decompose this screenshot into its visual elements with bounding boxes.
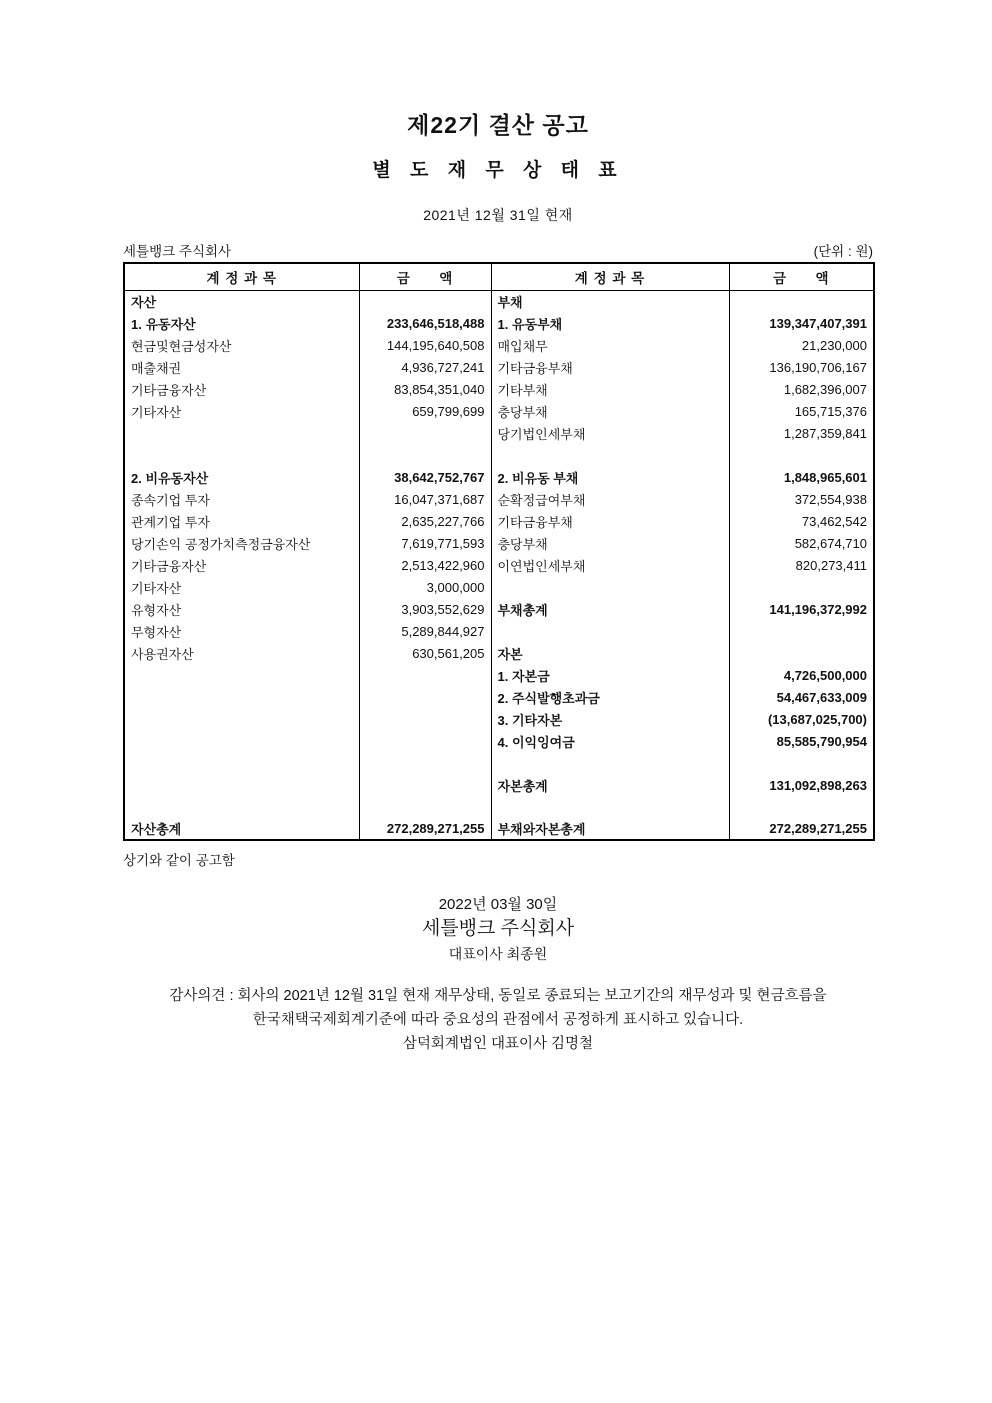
account-cell-right: 이연법인세부채	[491, 554, 729, 576]
table-row: 자본총계131,092,898,263	[124, 774, 874, 796]
amount-cell-left: 272,289,271,255	[359, 818, 491, 840]
table-row: 현금및현금성자산144,195,640,508매입채무21,230,000	[124, 334, 874, 356]
table-row: 3. 기타자본(13,687,025,700)	[124, 708, 874, 730]
closing-note: 상기와 같이 공고함	[123, 854, 873, 868]
statement-subtitle: 별 도 재 무 상 태 표	[123, 161, 873, 181]
amount-cell-right: 141,196,372,992	[729, 598, 874, 620]
table-row	[124, 796, 874, 818]
amount-cell-right: 372,554,938	[729, 488, 874, 510]
table-row: 종속기업 투자16,047,371,687순확정급여부채372,554,938	[124, 488, 874, 510]
audit-opinion: 감사의견 : 회사의 2021년 12월 31일 현재 재무상태, 동일로 종료…	[123, 984, 873, 1056]
account-cell-left	[124, 730, 359, 752]
balance-sheet-table: 계 정 과 목 금 액 계 정 과 목 금 액 자산부채1. 유동자산233,6…	[123, 262, 875, 841]
account-cell-left: 기타금융자산	[124, 378, 359, 400]
table-row: 기타자산659,799,699충당부채165,715,376	[124, 400, 874, 422]
account-cell-left: 당기손익 공정가치측정금융자산	[124, 532, 359, 554]
audit-opinion-line-2: 한국채택국제회계기준에 따라 중요성의 관점에서 공정하게 표시하고 있습니다.	[123, 1008, 873, 1032]
account-cell-left: 사용권자산	[124, 642, 359, 664]
table-row: 관계기업 투자2,635,227,766기타금융부채73,462,542	[124, 510, 874, 532]
table-row: 자산총계272,289,271,255부채와자본총계272,289,271,25…	[124, 818, 874, 840]
table-row: 무형자산5,289,844,927	[124, 620, 874, 642]
amount-cell-left: 4,936,727,241	[359, 356, 491, 378]
amount-cell-left: 3,000,000	[359, 576, 491, 598]
table-row: 2. 주식발행초과금54,467,633,009	[124, 686, 874, 708]
amount-cell-right	[729, 576, 874, 598]
table-meta-row: 세틀뱅크 주식회사 (단위 : 원)	[123, 245, 873, 259]
account-cell-left: 유형자산	[124, 598, 359, 620]
amount-cell-left	[359, 708, 491, 730]
amount-cell-left: 3,903,552,629	[359, 598, 491, 620]
amount-cell-right	[729, 796, 874, 818]
amount-cell-left: 5,289,844,927	[359, 620, 491, 642]
amount-cell-right: 54,467,633,009	[729, 686, 874, 708]
table-row: 당기법인세부채1,287,359,841	[124, 422, 874, 444]
account-cell-left	[124, 422, 359, 444]
amount-cell-left: 83,854,351,040	[359, 378, 491, 400]
document-title: 제22기 결산 공고	[123, 113, 873, 137]
column-header-account-right: 계 정 과 목	[491, 263, 729, 290]
account-cell-left	[124, 686, 359, 708]
amount-cell-left: 7,619,771,593	[359, 532, 491, 554]
header-row: 계 정 과 목 금 액 계 정 과 목 금 액	[124, 263, 874, 290]
account-cell-right	[491, 752, 729, 774]
account-cell-right	[491, 620, 729, 642]
balance-sheet-body: 자산부채1. 유동자산233,646,518,4881. 유동부채139,347…	[124, 290, 874, 840]
account-cell-right: 기타금융부채	[491, 510, 729, 532]
amount-cell-left	[359, 444, 491, 466]
account-cell-right: 순확정급여부채	[491, 488, 729, 510]
account-cell-right: 충당부채	[491, 532, 729, 554]
account-cell-right: 4. 이익잉여금	[491, 730, 729, 752]
table-row	[124, 444, 874, 466]
account-cell-left: 1. 유동자산	[124, 312, 359, 334]
table-row: 유형자산3,903,552,629부채총계141,196,372,992	[124, 598, 874, 620]
amount-cell-right: 820,273,411	[729, 554, 874, 576]
amount-cell-right: (13,687,025,700)	[729, 708, 874, 730]
amount-cell-right: 582,674,710	[729, 532, 874, 554]
column-header-account-left: 계 정 과 목	[124, 263, 359, 290]
table-row: 1. 유동자산233,646,518,4881. 유동부채139,347,407…	[124, 312, 874, 334]
announcement-page: 제22기 결산 공고 별 도 재 무 상 태 표 2021년 12월 31일 현…	[0, 0, 992, 1403]
account-cell-right: 매입채무	[491, 334, 729, 356]
account-cell-right: 기타금융부채	[491, 356, 729, 378]
amount-cell-right	[729, 752, 874, 774]
table-row: 2. 비유동자산38,642,752,7672. 비유동 부채1,848,965…	[124, 466, 874, 488]
amount-cell-right: 272,289,271,255	[729, 818, 874, 840]
account-cell-left: 2. 비유동자산	[124, 466, 359, 488]
amount-cell-left: 659,799,699	[359, 400, 491, 422]
account-cell-right: 3. 기타자본	[491, 708, 729, 730]
account-cell-left	[124, 774, 359, 796]
account-cell-left	[124, 752, 359, 774]
account-cell-right: 2. 주식발행초과금	[491, 686, 729, 708]
table-row: 기타자산3,000,000	[124, 576, 874, 598]
account-cell-right: 자본	[491, 642, 729, 664]
account-cell-right: 1. 자본금	[491, 664, 729, 686]
account-cell-right	[491, 444, 729, 466]
as-of-date: 2021년 12월 31일 현재	[123, 208, 873, 223]
balance-sheet-header: 계 정 과 목 금 액 계 정 과 목 금 액	[124, 263, 874, 290]
account-cell-left: 종속기업 투자	[124, 488, 359, 510]
amount-cell-right	[729, 290, 874, 312]
amount-cell-right: 1,287,359,841	[729, 422, 874, 444]
account-cell-left: 기타자산	[124, 400, 359, 422]
amount-cell-right: 85,585,790,954	[729, 730, 874, 752]
amount-cell-left: 630,561,205	[359, 642, 491, 664]
account-cell-right: 기타부채	[491, 378, 729, 400]
amount-cell-left: 38,642,752,767	[359, 466, 491, 488]
amount-cell-left	[359, 686, 491, 708]
amount-cell-right	[729, 642, 874, 664]
amount-cell-left	[359, 422, 491, 444]
ceo-name: 대표이사 최종원	[123, 942, 873, 966]
account-cell-right: 충당부채	[491, 400, 729, 422]
account-cell-left	[124, 444, 359, 466]
account-cell-left: 기타금융자산	[124, 554, 359, 576]
amount-cell-left	[359, 730, 491, 752]
table-row: 자산부채	[124, 290, 874, 312]
account-cell-left: 관계기업 투자	[124, 510, 359, 532]
amount-cell-right: 73,462,542	[729, 510, 874, 532]
table-row: 당기손익 공정가치측정금융자산7,619,771,593충당부채582,674,…	[124, 532, 874, 554]
account-cell-right	[491, 796, 729, 818]
account-cell-right: 부채와자본총계	[491, 818, 729, 840]
signature-block: 2022년 03월 30일 세틀뱅크 주식회사 대표이사 최종원	[123, 894, 873, 966]
unit-label: (단위 : 원)	[814, 245, 873, 259]
account-cell-left: 매출채권	[124, 356, 359, 378]
account-cell-right: 부채	[491, 290, 729, 312]
amount-cell-left	[359, 752, 491, 774]
table-row: 4. 이익잉여금85,585,790,954	[124, 730, 874, 752]
audit-opinion-line-3: 삼덕회계법인 대표이사 김명철	[123, 1032, 873, 1056]
amount-cell-right: 131,092,898,263	[729, 774, 874, 796]
amount-cell-left: 2,635,227,766	[359, 510, 491, 532]
account-cell-left	[124, 796, 359, 818]
audit-opinion-line-1: 감사의견 : 회사의 2021년 12월 31일 현재 재무상태, 동일로 종료…	[123, 984, 873, 1008]
amount-cell-right: 139,347,407,391	[729, 312, 874, 334]
account-cell-left	[124, 708, 359, 730]
company-name: 세틀뱅크 주식회사	[123, 245, 231, 259]
amount-cell-left	[359, 290, 491, 312]
amount-cell-right	[729, 620, 874, 642]
account-cell-left: 현금및현금성자산	[124, 334, 359, 356]
account-cell-right: 당기법인세부채	[491, 422, 729, 444]
amount-cell-right	[729, 444, 874, 466]
account-cell-right: 1. 유동부채	[491, 312, 729, 334]
table-row: 사용권자산630,561,205자본	[124, 642, 874, 664]
account-cell-right: 2. 비유동 부채	[491, 466, 729, 488]
amount-cell-left: 144,195,640,508	[359, 334, 491, 356]
amount-cell-left: 2,513,422,960	[359, 554, 491, 576]
table-row: 기타금융자산2,513,422,960이연법인세부채820,273,411	[124, 554, 874, 576]
amount-cell-right: 21,230,000	[729, 334, 874, 356]
account-cell-left: 무형자산	[124, 620, 359, 642]
account-cell-right: 부채총계	[491, 598, 729, 620]
amount-cell-right: 165,715,376	[729, 400, 874, 422]
account-cell-left: 자산총계	[124, 818, 359, 840]
table-row: 매출채권4,936,727,241기타금융부채136,190,706,167	[124, 356, 874, 378]
amount-cell-left	[359, 664, 491, 686]
announcement-date: 2022년 03월 30일	[123, 894, 873, 916]
column-header-amount-right: 금 액	[729, 263, 874, 290]
table-row	[124, 752, 874, 774]
amount-cell-left	[359, 774, 491, 796]
account-cell-left: 기타자산	[124, 576, 359, 598]
amount-cell-left: 233,646,518,488	[359, 312, 491, 334]
footer-company-name: 세틀뱅크 주식회사	[123, 916, 873, 942]
amount-cell-left	[359, 796, 491, 818]
amount-cell-right: 4,726,500,000	[729, 664, 874, 686]
amount-cell-right: 136,190,706,167	[729, 356, 874, 378]
table-row: 기타금융자산83,854,351,040기타부채1,682,396,007	[124, 378, 874, 400]
column-header-amount-left: 금 액	[359, 263, 491, 290]
account-cell-left: 자산	[124, 290, 359, 312]
document-content: 제22기 결산 공고 별 도 재 무 상 태 표 2021년 12월 31일 현…	[123, 0, 873, 1056]
amount-cell-left: 16,047,371,687	[359, 488, 491, 510]
account-cell-right	[491, 576, 729, 598]
account-cell-left	[124, 664, 359, 686]
amount-cell-right: 1,682,396,007	[729, 378, 874, 400]
amount-cell-right: 1,848,965,601	[729, 466, 874, 488]
account-cell-right: 자본총계	[491, 774, 729, 796]
table-row: 1. 자본금4,726,500,000	[124, 664, 874, 686]
